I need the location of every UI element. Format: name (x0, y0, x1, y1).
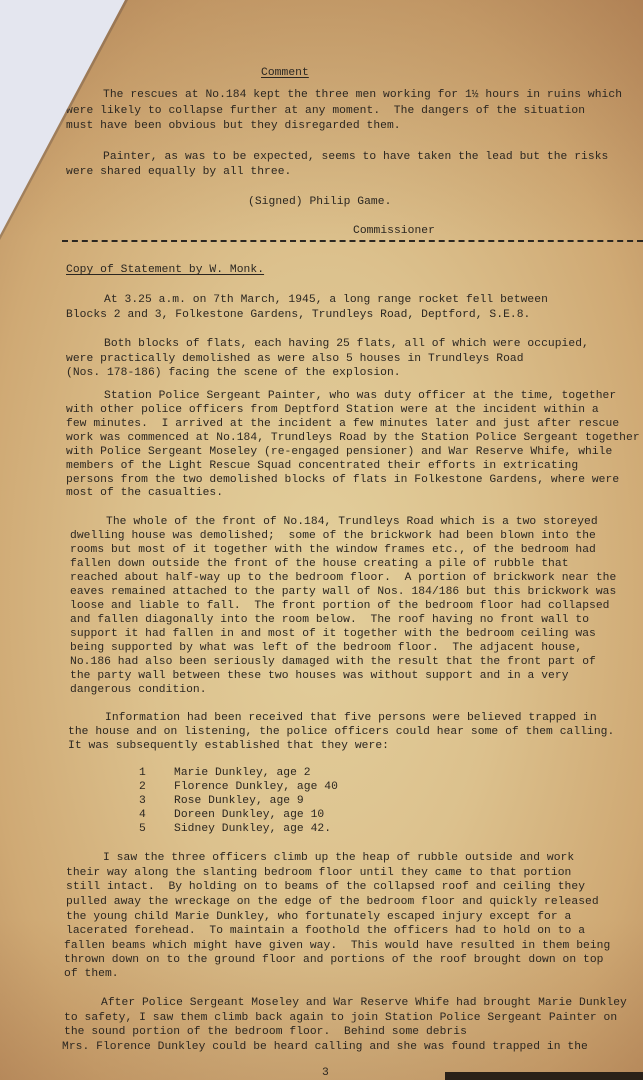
dashed-divider (62, 240, 643, 242)
page-edge-shadow (445, 1072, 643, 1080)
page-number: 3 (322, 1066, 329, 1080)
folded-corner (0, 0, 125, 235)
statement-heading: Copy of Statement by W. Monk. (66, 263, 264, 277)
signature: (Signed) Philip Game. (248, 195, 391, 209)
signature-title: Commissioner (353, 224, 435, 238)
comment-heading: Comment (261, 66, 309, 80)
